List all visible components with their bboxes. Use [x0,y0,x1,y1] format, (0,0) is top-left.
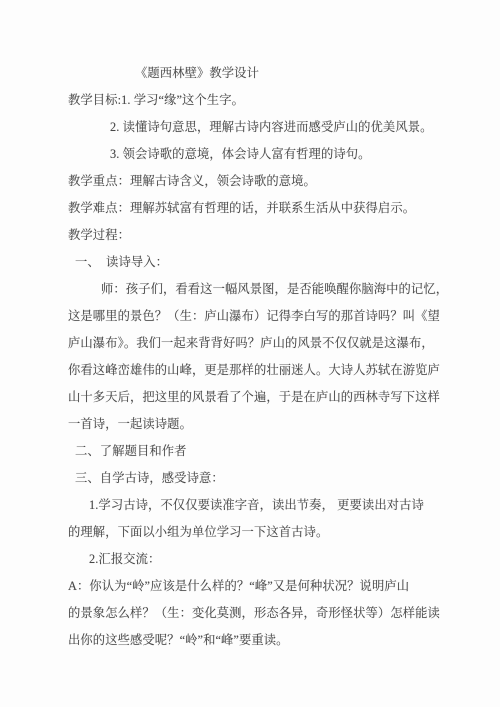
section-2-heading: 二、了解题目和作者 [68,438,443,465]
teacher-speech-line-2: 这是哪里的景色？（生：庐山瀑布）记得李白写的那首诗吗？叫《望 [68,303,443,330]
teaching-goal-3: 3. 领会诗歌的意境，体会诗人富有哲理的诗句。 [68,141,443,168]
teaching-goal-2: 2. 读懂诗句意思，理解古诗内容进而感受庐山的优美风景。 [68,114,443,141]
step-1-line-1: 1.学习古诗，不仅仅要读准字音，读出节奏， 更要读出对古诗 [68,492,443,519]
section-3-heading: 三、自学古诗，感受诗意： [68,465,443,492]
report-a-line-2: 的景象怎么样？（生：变化莫测，形态各异，奇形怪状等）怎样能读 [68,600,443,627]
teacher-speech-line-5: 山十多天后，把这里的风景看了个遍，于是在庐山的西林寺写下这样 [68,384,443,411]
report-a-line-1: A：你认为“岭”应该是什么样的？“峰”又是何种状况？说明庐山 [68,573,443,600]
teaching-process-heading: 教学过程： [68,222,443,249]
document-page: 《题西林壁》教学设计 教学目标:1. 学习“缘”这个生字。 2. 读懂诗句意思，… [0,0,500,707]
step-1-line-2: 的理解，下面以小组为单位学习一下这首古诗。 [68,519,443,546]
teaching-goals-line: 教学目标:1. 学习“缘”这个生字。 [68,87,443,114]
teacher-speech-line-6: 一首诗，一起读诗题。 [68,411,443,438]
report-a-line-3: 出你的这些感受呢？“岭”和“峰”要重读。 [68,627,443,654]
step-2-heading: 2.汇报交流： [68,546,443,573]
teacher-speech-line-3: 庐山瀑布》。我们一起来背背好吗？庐山的风景不仅仅就是这瀑布， [68,330,443,357]
teaching-key-point: 教学重点：理解古诗含义，领会诗歌的意境。 [68,168,443,195]
teaching-difficulty: 教学难点：理解苏轼富有哲理的话，并联系生活从中获得启示。 [68,195,443,222]
document-title: 《题西林壁》教学设计 [68,60,443,87]
document-content: 《题西林壁》教学设计 教学目标:1. 学习“缘”这个生字。 2. 读懂诗句意思，… [68,60,443,654]
teacher-speech-line-4: 你看这峰峦雄伟的山峰，更是那样的壮丽迷人。大诗人苏轼在游览庐 [68,357,443,384]
section-1-heading: 一、 读诗导入： [68,249,443,276]
teacher-speech-line-1: 师：孩子们，看看这一幅风景图，是否能唤醒你脑海中的记忆， [68,276,443,303]
